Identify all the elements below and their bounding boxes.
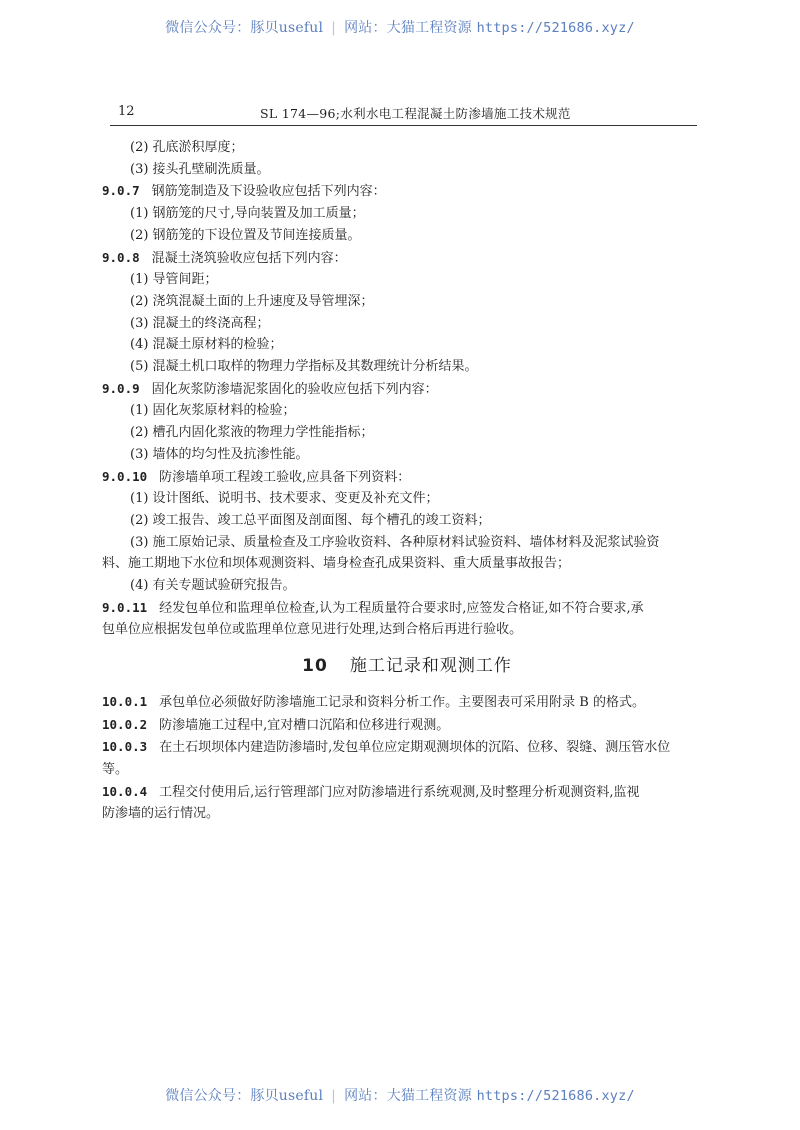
clause-number: 10.0.4 [102, 784, 147, 799]
watermark-separator: | [331, 1088, 336, 1104]
clause-continuation: 包单位应根据发包单位或监理单位意见进行处理,达到合格后再进行验收。 [102, 619, 697, 641]
clause-9-0-9: 9.0.9固化灰浆防渗墙泥浆固化的验收应包括下列内容： [102, 378, 697, 401]
clause-number: 9.0.7 [102, 183, 140, 198]
list-item: (4) 有关专题试验研究报告。 [117, 575, 697, 597]
clause-9-0-7: 9.0.7钢筋笼制造及下设验收应包括下列内容： [102, 180, 697, 203]
clause-text: 钢筋笼制造及下设验收应包括下列内容： [152, 184, 386, 199]
list-item: (3) 接头孔壁刷洗质量。 [117, 159, 697, 181]
running-title: SL 174—96;水利水电工程混凝土防渗墙施工技术规范 [260, 104, 571, 122]
clause-continuation: 防渗墙的运行情况。 [102, 803, 697, 825]
clause-10-0-3: 10.0.3在土石坝坝体内建造防渗墙时,发包单位应定期观测坝体的沉陷、位移、裂缝… [102, 736, 697, 759]
clause-continuation: 等。 [102, 759, 697, 781]
list-item: (4) 混凝土原材料的检验； [117, 334, 697, 356]
clause-10-0-4: 10.0.4工程交付使用后,运行管理部门应对防渗墙进行系统观测,及时整理分析观测… [102, 781, 697, 804]
clause-number: 10.0.3 [102, 739, 147, 754]
chapter-number: 10 [302, 656, 328, 676]
watermark-top: 微信公众号：豚贝useful|网站：大猫工程资源 https://521686.… [0, 17, 800, 37]
list-item-continuation: 料、施工期地下水位和坝体观测资料、墙身检查孔成果资料、重大质量事故报告； [102, 553, 697, 575]
clause-text: 经发包单位和监理单位检查,认为工程质量符合要求时,应签发合格证,如不符合要求,承 [159, 601, 644, 616]
list-item: (5) 混凝土机口取样的物理力学指标及其数理统计分析结果。 [117, 356, 697, 378]
header-rule [110, 125, 697, 126]
clause-number: 10.0.1 [102, 694, 147, 709]
watermark-wechat: 微信公众号：豚贝useful [165, 20, 323, 36]
watermark-site: 网站：大猫工程资源 [344, 20, 472, 36]
watermark-url: https://521686.xyz/ [477, 1088, 635, 1104]
list-item: (2) 竣工报告、竣工总平面图及剖面图、每个槽孔的竣工资料； [117, 510, 697, 532]
clause-number: 9.0.9 [102, 381, 140, 396]
watermark-wechat: 微信公众号：豚贝useful [165, 1088, 323, 1104]
list-item: (1) 导管间距； [117, 269, 697, 291]
clause-text: 承包单位必须做好防渗墙施工记录和资料分析工作。主要图表可采用附录 B 的格式。 [159, 695, 645, 710]
list-item: (2) 钢筋笼的下设位置及节间连接质量。 [117, 225, 697, 247]
list-item: (3) 墙体的均匀性及抗渗性能。 [117, 444, 697, 466]
page-body: (2) 孔底淤积厚度； (3) 接头孔壁刷洗质量。 9.0.7钢筋笼制造及下设验… [117, 137, 697, 825]
list-item: (1) 钢筋笼的尺寸,导向装置及加工质量； [117, 203, 697, 225]
watermark-url: https://521686.xyz/ [477, 20, 635, 36]
clause-number: 9.0.10 [102, 469, 147, 484]
page-number: 12 [118, 104, 135, 119]
clause-9-0-10: 9.0.10防渗墙单项工程竣工验收,应具备下列资料： [102, 466, 697, 489]
clause-text: 固化灰浆防渗墙泥浆固化的验收应包括下列内容： [152, 382, 438, 397]
list-item: (2) 槽孔内固化浆液的物理力学性能指标； [117, 422, 697, 444]
list-item: (3) 施工原始记录、质量检查及工序验收资料、各种原材料试验资料、墙体材料及泥浆… [117, 532, 697, 554]
chapter-title: 施工记录和观测工作 [350, 656, 512, 676]
list-item: (2) 孔底淤积厚度； [117, 137, 697, 159]
list-item: (1) 设计图纸、说明书、技术要求、变更及补充文件； [117, 488, 697, 510]
clause-text: 工程交付使用后,运行管理部门应对防渗墙进行系统观测,及时整理分析观测资料,监视 [159, 785, 639, 800]
clause-text: 防渗墙施工过程中,宜对槽口沉陷和位移进行观测。 [159, 718, 449, 733]
page-header: 12 SL 174—96;水利水电工程混凝土防渗墙施工技术规范 [110, 102, 697, 126]
list-item: (1) 固化灰浆原材料的检验； [117, 400, 697, 422]
watermark-separator: | [331, 20, 336, 36]
watermark-bottom: 微信公众号：豚贝useful|网站：大猫工程资源 https://521686.… [0, 1085, 800, 1105]
clause-9-0-8: 9.0.8混凝土浇筑验收应包括下列内容： [102, 247, 697, 270]
chapter-heading: 10施工记录和观测工作 [117, 656, 697, 678]
list-item: (3) 混凝土的终浇高程； [117, 313, 697, 335]
clause-10-0-2: 10.0.2防渗墙施工过程中,宜对槽口沉陷和位移进行观测。 [102, 714, 697, 737]
clause-number: 9.0.11 [102, 600, 147, 615]
clause-number: 10.0.2 [102, 717, 147, 732]
clause-9-0-11: 9.0.11经发包单位和监理单位检查,认为工程质量符合要求时,应签发合格证,如不… [102, 597, 697, 620]
list-item: (2) 浇筑混凝土面的上升速度及导管埋深； [117, 291, 697, 313]
clause-text: 混凝土浇筑验收应包括下列内容： [152, 251, 347, 266]
clause-text: 防渗墙单项工程竣工验收,应具备下列资料： [159, 470, 410, 485]
clause-number: 9.0.8 [102, 250, 140, 265]
watermark-site: 网站：大猫工程资源 [344, 1088, 472, 1104]
clause-text: 在土石坝坝体内建造防渗墙时,发包单位应定期观测坝体的沉陷、位移、裂缝、测压管水位 [159, 740, 670, 755]
clause-10-0-1: 10.0.1承包单位必须做好防渗墙施工记录和资料分析工作。主要图表可采用附录 B… [102, 691, 697, 714]
